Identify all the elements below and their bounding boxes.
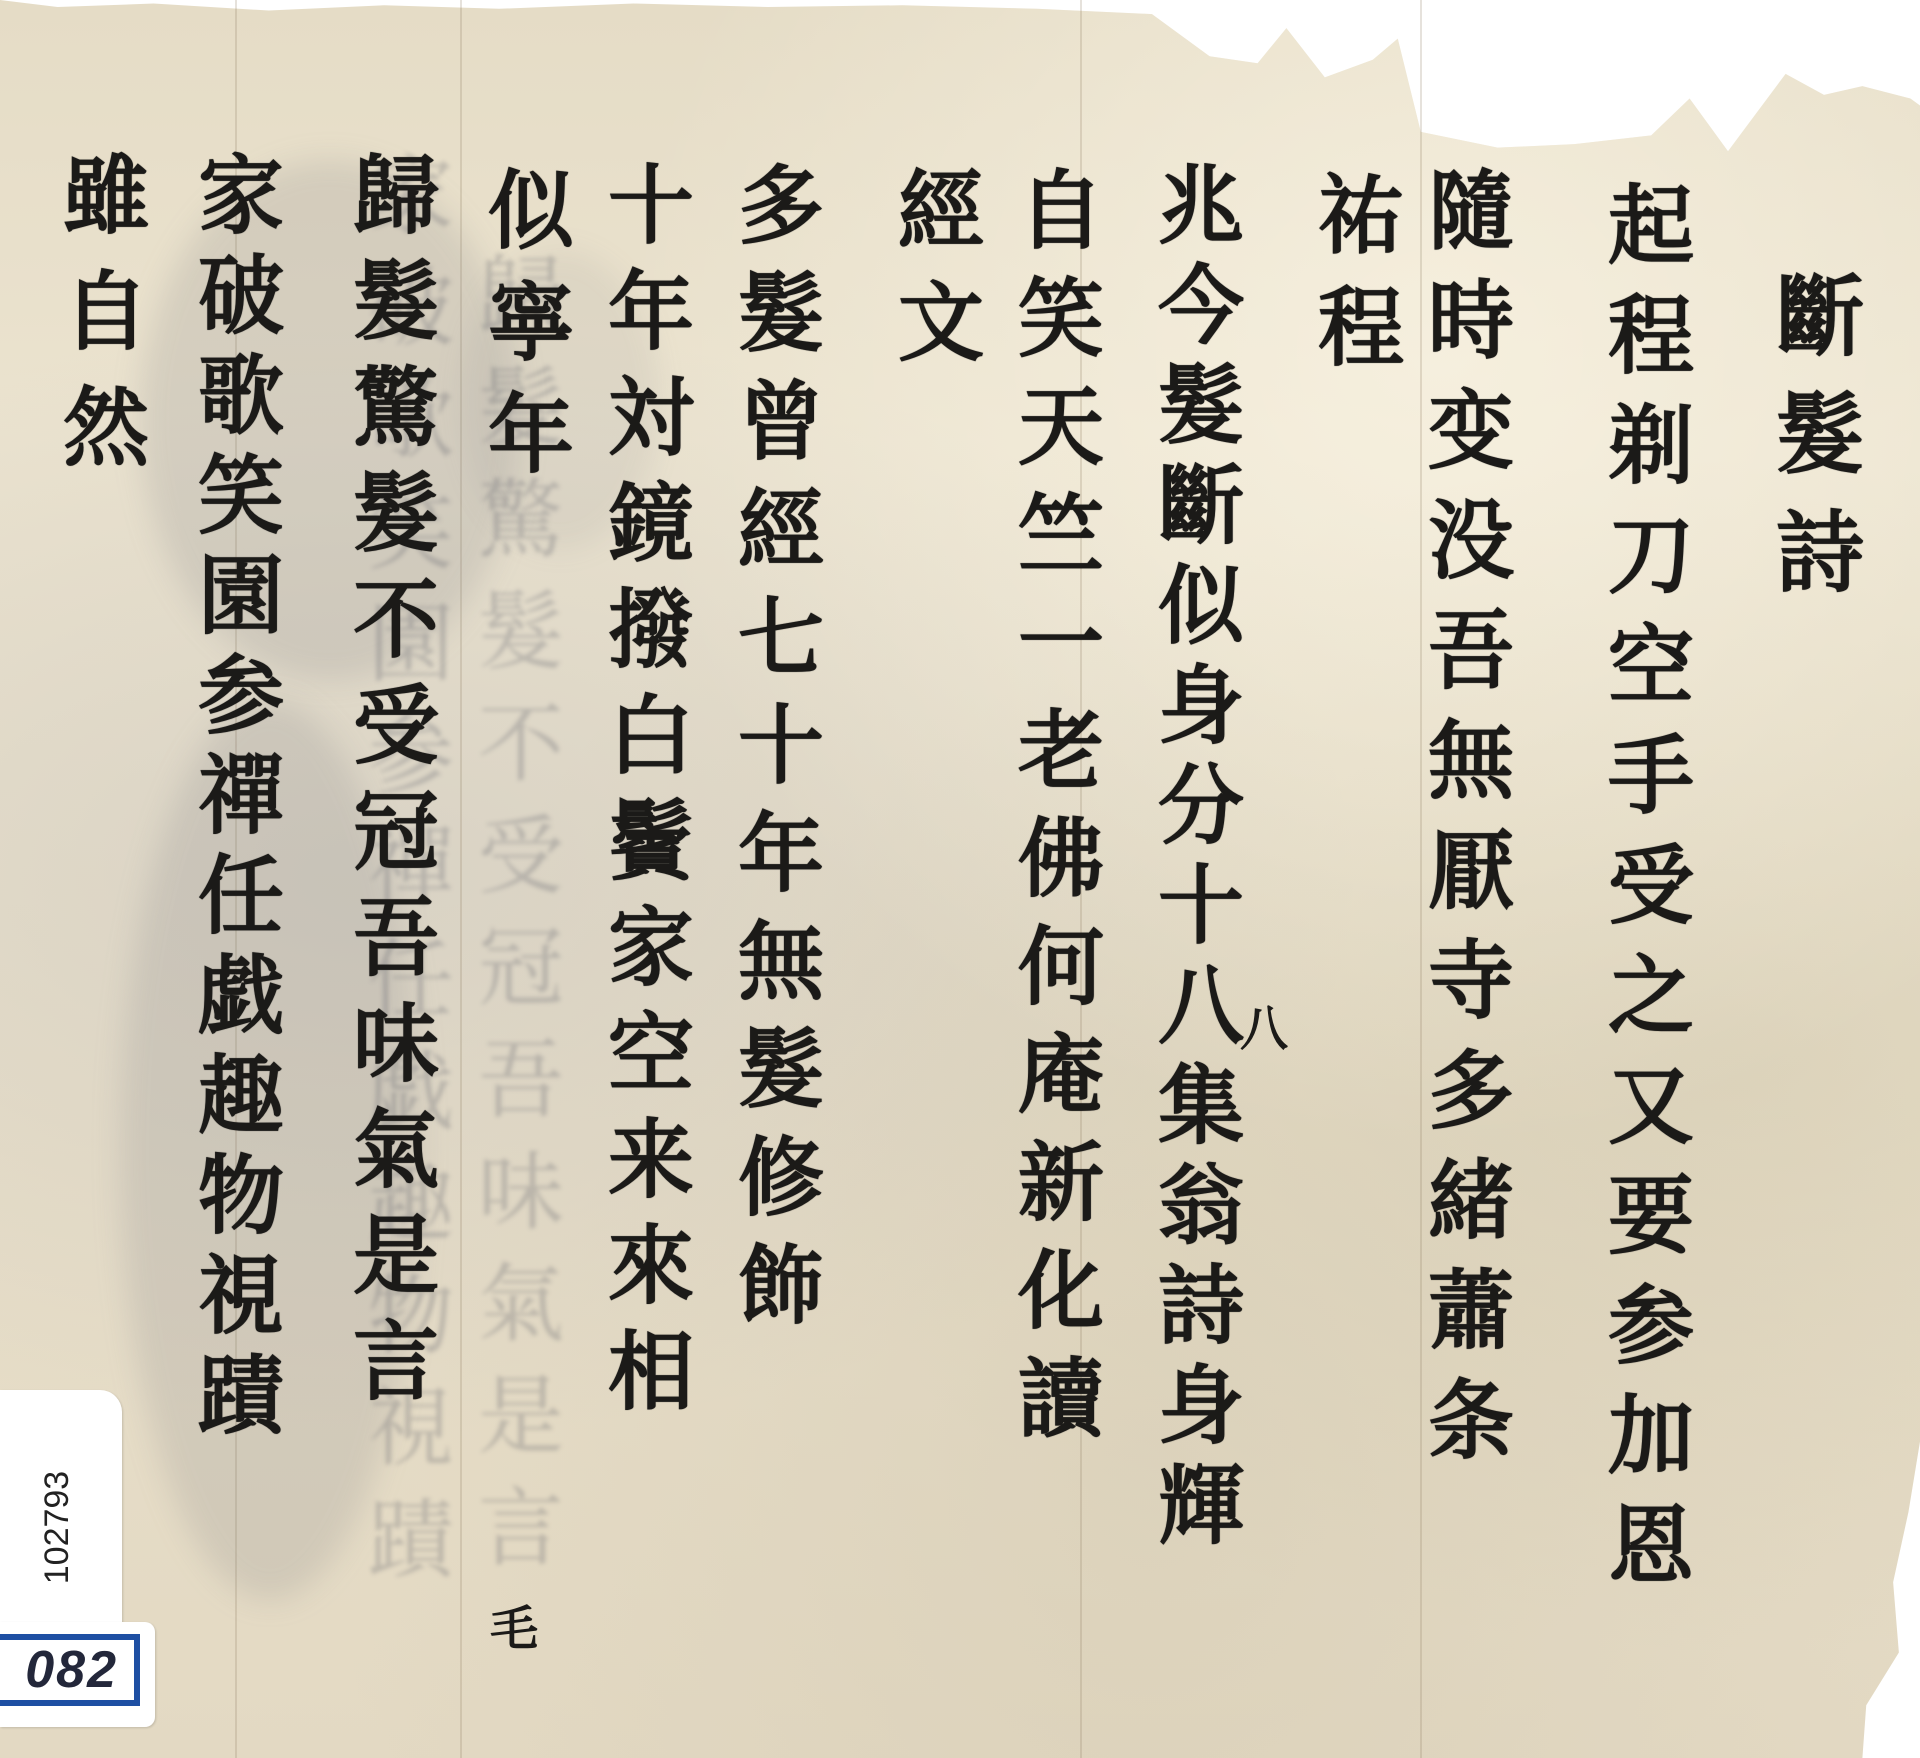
text-column-12: 雖自然 xyxy=(55,150,141,498)
catalog-tag: 082 xyxy=(0,1622,155,1727)
archive-number: 102793 xyxy=(39,1470,78,1583)
text-column-5: 自笑天竺一老佛何庵新化讀 xyxy=(1010,165,1096,1461)
text-column-1: 起程剃刀空手受之又要参加恩 xyxy=(1600,180,1686,1610)
manuscript-title: 斷髮詩 xyxy=(1770,270,1858,624)
catalog-tag-number: 082 xyxy=(25,1640,118,1700)
margin-mark-mao: 毛 xyxy=(490,1590,538,1659)
archive-number-label: 102793 xyxy=(18,1462,98,1592)
text-column-7: 多髮曾經七十年無髮修飾 xyxy=(730,160,816,1348)
text-column-10: 歸髮驚髮不受冠吾味氣是言 xyxy=(345,150,431,1422)
text-column-9: 似寧年 xyxy=(480,165,566,501)
text-column-4: 兆今髮斷似身分十八集翁詩身輝 xyxy=(1150,160,1236,1560)
text-column-11: 家破歌笑園参禪任戯趣物視蹟 xyxy=(190,150,276,1450)
text-column-6: 經文 xyxy=(890,165,976,389)
text-column-2: 隨時变没吾無厭寺多緒蕭条 xyxy=(1420,165,1506,1485)
catalog-tag-border: 082 xyxy=(0,1634,140,1706)
margin-mark-ba: 八 xyxy=(1240,990,1288,1059)
text-column-8: 十年対鏡撥白鬢家空来來相 xyxy=(600,160,686,1432)
text-column-3: 祐程 xyxy=(1310,170,1396,394)
